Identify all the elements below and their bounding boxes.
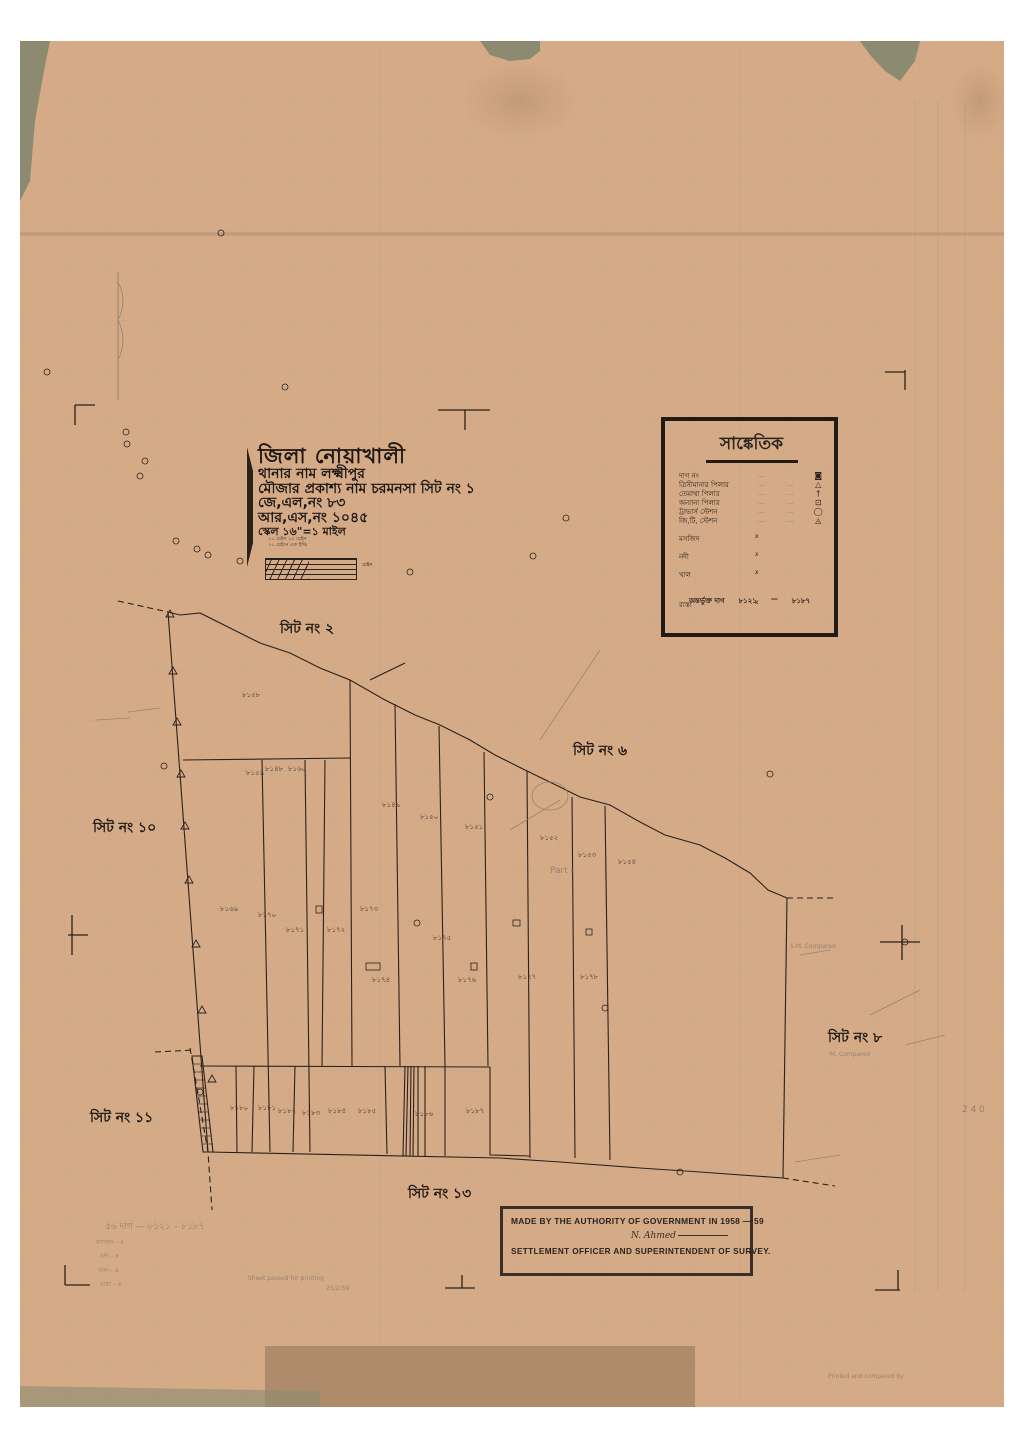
cadastral-map-sheet: জিলা নোয়াখালী থানার নাম লক্ষ্মীপুর মৌজা… [20, 41, 1004, 1407]
officer-title: SETTLEMENT OFFICER AND SUPERINTENDENT OF… [511, 1247, 742, 1256]
authority-stamp: MADE BY THE AUTHORITY OF GOVERNMENT IN 1… [500, 1206, 753, 1276]
plot-number: ৮১৫৪ [618, 856, 636, 868]
plot-number: ৮১৫৯ [246, 767, 264, 779]
pencil-note-road: রাস্তা – x [100, 1279, 121, 1290]
adjacent-sheet-north: সিট নং ২ [280, 617, 334, 641]
legend-feature-canal: খাল x [679, 569, 824, 581]
scale-bar-hatch [265, 558, 309, 580]
legend-feature-mosque: মসজিদ x [679, 533, 824, 545]
scale-bar-unit: চেইন [362, 562, 372, 570]
officer-signature: N. Ahmed [631, 1231, 742, 1241]
rs-number: আর,এস,নং ১০৪৫ [258, 511, 475, 526]
plot-number: ৮১৭৬ [458, 974, 476, 986]
cross-pillar-icon: † [812, 489, 824, 498]
plot-number: ৮১৮৫ [358, 1105, 376, 1117]
plot-number: ৮১৭৭ [518, 971, 536, 983]
plot-number: ৮১৮৪ [328, 1105, 346, 1117]
pencil-note-plot-range: ৫৬ দাগ — ৮১২১ – ৮১৮৭ [105, 1219, 204, 1234]
plot-number: ৮১৪৮ [265, 763, 283, 775]
pencil-note-canal: খাল – x [98, 1265, 119, 1276]
plot-number: ৮১৫৮ [242, 689, 260, 701]
plot-number: ৮১৭৩ [360, 903, 378, 915]
plot-number: ৮১৬০ [288, 763, 306, 775]
pencil-note-compared-2: M. Compared [830, 1051, 870, 1058]
circle-station-icon: ◯ [812, 507, 824, 516]
plot-number: ৮১৭৮ [580, 971, 598, 983]
district-name: জিলা নোয়াখালী [258, 445, 475, 467]
pencil-note-mosque: মসজিদ – x [96, 1237, 124, 1248]
plot-number: ৮১৮০ [230, 1102, 248, 1114]
scale-note-2: ১০ চেইনে এক ইঞ্চি [268, 543, 475, 548]
legend-title: সাঙ্কেতিক [706, 431, 798, 463]
thana-name: থানার নাম লক্ষ্মীপুর [258, 467, 475, 482]
adjacent-sheet-southwest: সিট নং ১১ [90, 1106, 153, 1130]
square-pillar-icon: ⊡ [812, 498, 824, 507]
plot-number: ৮১৭৫ [433, 932, 451, 944]
parcel-boundaries [20, 41, 1004, 1407]
adjacent-sheet-west: সিট নং ১০ [93, 816, 156, 840]
pencil-note-sheet-passed: Sheet passed for printing [248, 1275, 324, 1282]
mouza-name: মৌজার প্রকাশ্য নাম চরমনসা সিট নং ১ [258, 482, 475, 497]
legend-row-gt-station: জি,টি, স্টেশন .... .... ◬ [679, 516, 824, 525]
plot-number: ৮১৫২ [540, 832, 558, 844]
map-title-block: জিলা নোয়াখালী থানার নাম লক্ষ্মীপুর মৌজা… [258, 445, 475, 548]
jl-number: জে,এল,নং ৮৩ [258, 496, 475, 511]
triangle-pillar-icon: △ [812, 480, 824, 489]
gt-station-icon: ◬ [812, 516, 824, 525]
legend-feature-river: নদী x [679, 551, 824, 563]
plot-number-icon: ◙ [812, 471, 824, 480]
plot-number: ৮১৫০ [420, 811, 438, 823]
plot-number: ৮১৭০ [258, 909, 276, 921]
pencil-note-compared-1: S.M. Compared [790, 943, 836, 950]
plot-number: ৮১৫৩ [578, 849, 596, 861]
plot-number: ৮১৮৭ [466, 1105, 484, 1117]
plot-number: ৮১৪৯ [382, 799, 400, 811]
plot-number: ৮১৫১ [465, 821, 483, 833]
pencil-note-bottom-right: Printed and compared by [828, 1373, 904, 1380]
adjacent-sheet-south: সিট নং ১৩ [408, 1182, 471, 1206]
authority-line: MADE BY THE AUTHORITY OF GOVERNMENT IN 1… [511, 1216, 742, 1226]
adjacent-sheet-northeast: সিট নং ৬ [573, 739, 627, 763]
pencil-note-sheet-passed-date: 25/2/59 [326, 1285, 349, 1292]
plot-number: ৮১৬৯ [220, 903, 238, 915]
plot-range: অন্তর্ভুক্ত দাগ ৮১২১ — ৮১৮৭ [689, 595, 810, 607]
pencil-note-right-margin: 2 4 0 [962, 1105, 985, 1115]
pencil-note-river: নদী – x [100, 1251, 119, 1262]
adjacent-sheet-east: সিট নং ৮ [828, 1026, 882, 1050]
pencil-note-part: Part I [550, 866, 573, 876]
plot-number: ৮১৮১ [258, 1102, 276, 1114]
plot-number: ৮১৭১ [286, 924, 304, 936]
plot-number: ৮১৮২ [278, 1105, 296, 1117]
map-legend: সাঙ্কেতিক দাগ নং .... ◙ ত্রিসীমানার পিলা… [661, 417, 838, 637]
plot-number: ৮১৮৬ [415, 1108, 433, 1120]
plot-number: ৮১৭২ [327, 924, 345, 936]
plot-number: ৮১৮৩ [302, 1107, 320, 1119]
plot-number: ৮১৭৪ [372, 974, 390, 986]
